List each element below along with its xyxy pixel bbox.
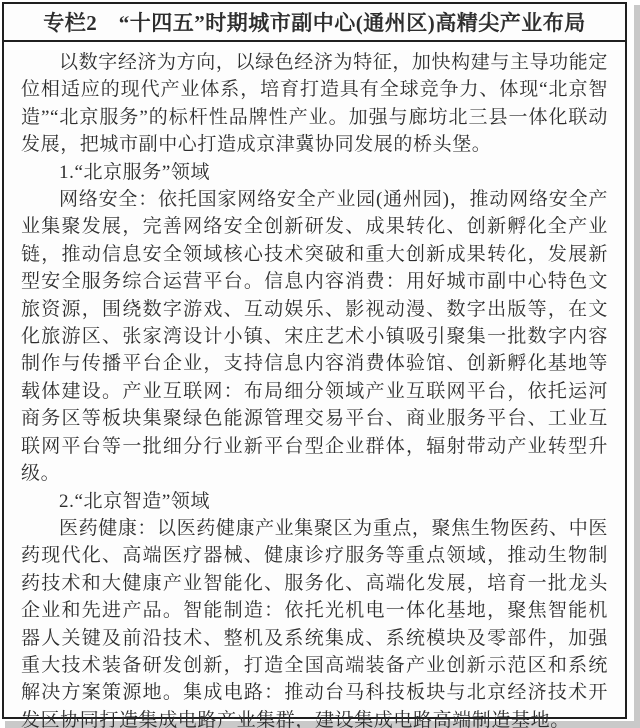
column-body-text: 以数字经济为方向，以绿色经济为特征，加快构建与主导功能定位相适应的现代产业体系，…: [4, 42, 625, 728]
paragraph-intro: 以数字经济为方向，以绿色经济为特征，加快构建与主导功能定位相适应的现代产业体系，…: [21, 49, 608, 159]
scan-edge-right: [634, 5, 640, 728]
column-box: 专栏2 “十四五”时期城市副中心(通州区)高精尖产业布局 以数字经济为方向，以绿…: [2, 2, 627, 719]
paragraph-heading-beijing-smart-manufacturing: 2.“北京智造”领域: [21, 488, 608, 515]
paragraph-heading-beijing-service: 1.“北京服务”领域: [21, 159, 608, 186]
document-page: 专栏2 “十四五”时期城市副中心(通州区)高精尖产业布局 以数字经济为方向，以绿…: [0, 0, 640, 728]
paragraph-beijing-smart-manufacturing-detail: 医药健康：以医药健康产业集聚区为重点，聚焦生物医药、中医药现代化、高端医疗器械、…: [21, 515, 608, 728]
column-title: 专栏2 “十四五”时期城市副中心(通州区)高精尖产业布局: [4, 4, 625, 42]
paragraph-beijing-service-detail: 网络安全：依托国家网络安全产业园(通州园)，推动网络安全产业集聚发展，完善网络安…: [21, 186, 608, 487]
